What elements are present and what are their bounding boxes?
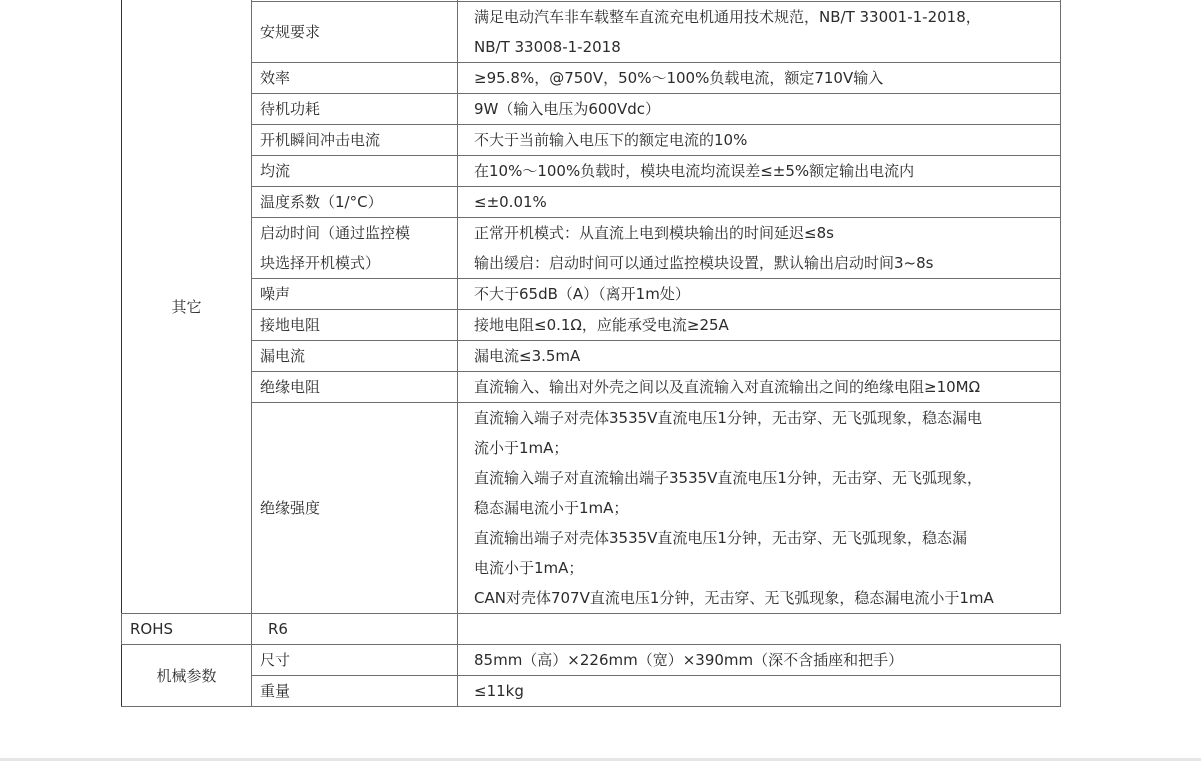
param-value: R6 — [252, 614, 458, 645]
category-cell: 其它 — [122, 2, 252, 614]
table-row: 噪声 不大于65dB（A）（离开1m处） — [122, 279, 1061, 310]
table-row: 其它 安规要求 满足电动汽车非车载整车直流充电机通用技术规范，NB/T 3300… — [122, 2, 1061, 63]
param-value: 正常开机模式：从直流上电到模块输出的时间延迟≤8s 输出缓启：启动时间可以通过监… — [458, 218, 1061, 279]
param-value: ≥95.8%，@750V，50%～100%负载电流，额定710V输入 — [458, 63, 1061, 94]
param-value: 接地电阻≤0.1Ω，应能承受电流≥25A — [458, 310, 1061, 341]
param-value: 漏电流≤3.5mA — [458, 341, 1061, 372]
param-value: 满足电动汽车非车载整车直流充电机通用技术规范，NB/T 33001-1-2018… — [458, 2, 1061, 63]
param-value: 9W（输入电压为600Vdc） — [458, 94, 1061, 125]
param-name: 接地电阻 — [252, 310, 458, 341]
param-name: 待机功耗 — [252, 94, 458, 125]
param-value: 85mm（高）×226mm（宽）×390mm（深不含插座和把手） — [458, 645, 1061, 676]
param-value: ≤±0.01% — [458, 187, 1061, 218]
param-name: 重量 — [252, 676, 458, 707]
param-value: ≤11kg — [458, 676, 1061, 707]
table-row: 均流 在10%～100%负载时，模块电流均流误差≤±5%额定输出电流内 — [122, 156, 1061, 187]
param-name: 噪声 — [252, 279, 458, 310]
table-row: 温度系数（1/°C） ≤±0.01% — [122, 187, 1061, 218]
table-row: 绝缘强度 直流输入端子对壳体3535V直流电压1分钟，无击穿、无飞弧现象，稳态漏… — [122, 403, 1061, 614]
spec-table: 其它 安规要求 满足电动汽车非车载整车直流充电机通用技术规范，NB/T 3300… — [121, 0, 1061, 707]
table-row: 待机功耗 9W（输入电压为600Vdc） — [122, 94, 1061, 125]
param-name: 安规要求 — [252, 2, 458, 63]
table-row: 漏电流 漏电流≤3.5mA — [122, 341, 1061, 372]
param-name: 绝缘强度 — [252, 403, 458, 614]
category-cell: 机械参数 — [122, 645, 252, 707]
table-row: 效率 ≥95.8%，@750V，50%～100%负载电流，额定710V输入 — [122, 63, 1061, 94]
param-name: 效率 — [252, 63, 458, 94]
param-value: 直流输入、输出对外壳之间以及直流输入对直流输出之间的绝缘电阻≥10MΩ — [458, 372, 1061, 403]
param-value: 在10%～100%负载时，模块电流均流误差≤±5%额定输出电流内 — [458, 156, 1061, 187]
param-name: 尺寸 — [252, 645, 458, 676]
param-name: ROHS — [122, 614, 252, 645]
param-value: 不大于65dB（A）（离开1m处） — [458, 279, 1061, 310]
param-value: 直流输入端子对壳体3535V直流电压1分钟，无击穿、无飞弧现象，稳态漏电 流小于… — [458, 403, 1061, 614]
param-name: 均流 — [252, 156, 458, 187]
table-row: ROHS R6 — [122, 614, 1061, 645]
param-name: 启动时间（通过监控模 块选择开机模式） — [252, 218, 458, 279]
table-row: 机械参数 尺寸 85mm（高）×226mm（宽）×390mm（深不含插座和把手） — [122, 645, 1061, 676]
table-row: 开机瞬间冲击电流 不大于当前输入电压下的额定电流的10% — [122, 125, 1061, 156]
table-row: 接地电阻 接地电阻≤0.1Ω，应能承受电流≥25A — [122, 310, 1061, 341]
table-row: 启动时间（通过监控模 块选择开机模式） 正常开机模式：从直流上电到模块输出的时间… — [122, 218, 1061, 279]
table-row: 绝缘电阻 直流输入、输出对外壳之间以及直流输入对直流输出之间的绝缘电阻≥10MΩ — [122, 372, 1061, 403]
table-row: 重量 ≤11kg — [122, 676, 1061, 707]
param-name: 漏电流 — [252, 341, 458, 372]
param-name: 绝缘电阻 — [252, 372, 458, 403]
param-name: 开机瞬间冲击电流 — [252, 125, 458, 156]
param-value: 不大于当前输入电压下的额定电流的10% — [458, 125, 1061, 156]
param-name: 温度系数（1/°C） — [252, 187, 458, 218]
